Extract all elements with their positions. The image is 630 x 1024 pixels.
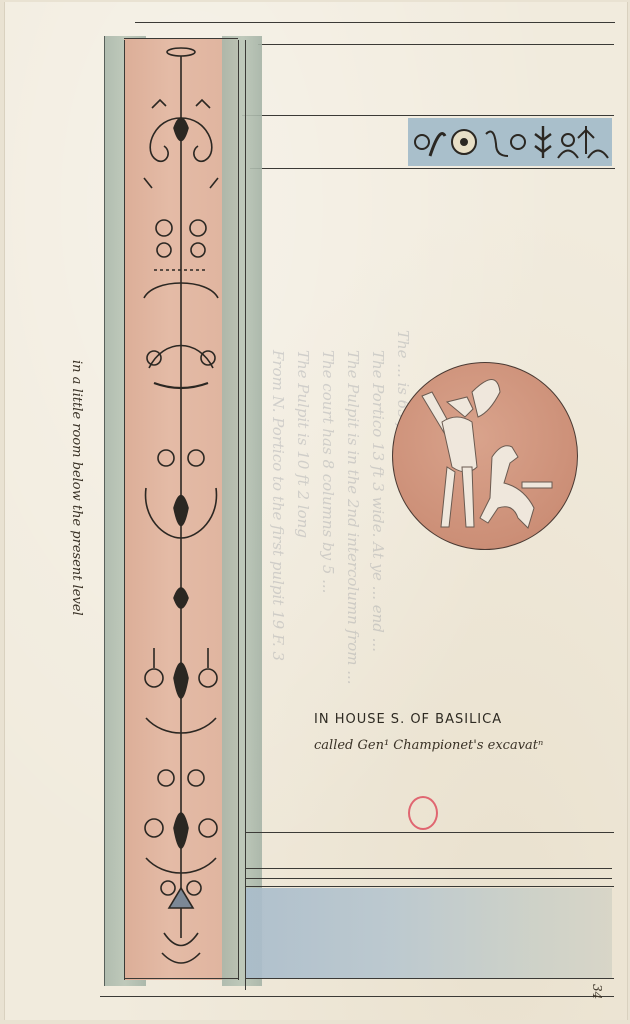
base-rule	[100, 996, 614, 997]
page-number: 34	[590, 984, 604, 999]
reversed-line-3: The Pulpit is in the 2nd intercolumn fro…	[344, 350, 362, 685]
reversed-line-5: The Pulpit is 10 ft 2 long	[294, 350, 312, 538]
frieze-bottom-rule	[250, 168, 615, 169]
blue-dado-wash	[246, 888, 612, 978]
reversed-line-2: The Portico 13 ft 3 wide. At ye ... end …	[369, 350, 387, 652]
lower-rule-1	[246, 832, 614, 833]
panel-right-edge	[238, 40, 239, 980]
winged-figure-and-goat-icon	[392, 362, 576, 548]
frieze-top-rule	[242, 115, 614, 116]
caption-location: IN HOUSE S. OF BASILICA	[314, 712, 502, 727]
side-note: in a little room below the present level	[69, 360, 84, 616]
lower-rule-3	[246, 878, 612, 879]
caption-attribution: called Gen¹ Championet's excavatⁿ	[314, 738, 543, 753]
collection-stamp	[408, 796, 438, 830]
reversed-line-4: The court has 8 columns by 5 ...	[319, 350, 337, 593]
reversed-line-6: From N. Portico to the first pulpit 19 F…	[269, 350, 287, 661]
dado-bottom-rule	[246, 978, 614, 979]
top-rule	[135, 22, 615, 23]
lower-rule-4	[246, 886, 614, 887]
candelabrum-ornament-icon	[124, 38, 238, 980]
lower-rule-2	[246, 868, 612, 869]
frieze-ornament-icon	[408, 118, 612, 166]
inner-divider-line	[245, 40, 246, 990]
outer-left-line	[104, 36, 105, 986]
upper-rule	[258, 44, 614, 45]
